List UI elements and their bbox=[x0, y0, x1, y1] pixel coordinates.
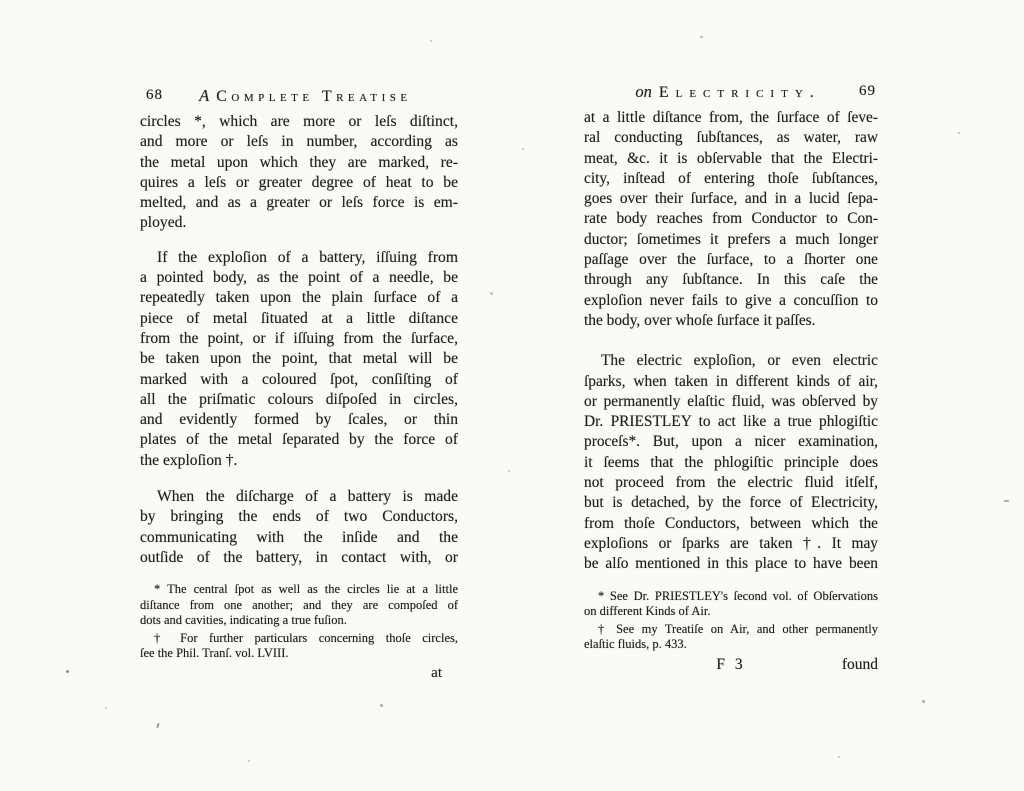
scan-speck bbox=[430, 40, 432, 42]
paragraph: If the exploſion of a battery, iſſuing f… bbox=[140, 248, 458, 471]
scan-speck bbox=[522, 148, 524, 150]
scan-speck bbox=[922, 700, 925, 703]
footnote-line: * See Dr. PRIESTLEY's ſecond vol. of Obſ… bbox=[584, 589, 878, 605]
catchword-right: found bbox=[842, 656, 878, 674]
text-line: be alſo mentioned in this place to have … bbox=[584, 554, 878, 574]
footnote: † See my Treatiſe on Air, and other perm… bbox=[584, 622, 878, 653]
text-line: quires a leſs or greater degree of heat … bbox=[140, 173, 458, 193]
text-line: ductor; ſometimes it prefers a much long… bbox=[584, 230, 878, 250]
scan-speck bbox=[380, 704, 383, 707]
text-line: piece of metal ſituated at a little diſt… bbox=[140, 309, 458, 329]
text-line: circles *, which are more or leſs diſtin… bbox=[140, 112, 458, 132]
book-scan: 68 AComplete Treatise circles *, which a… bbox=[0, 0, 1024, 791]
footnotes-right: * See Dr. PRIESTLEY's ſecond vol. of Obſ… bbox=[584, 589, 878, 653]
text-line: meat, &c. it is obſervable that the Elec… bbox=[584, 149, 878, 169]
text-line: not proceed from the electric fluid itſe… bbox=[584, 473, 878, 493]
scan-speck bbox=[248, 760, 250, 762]
text-line: repeatedly taken upon the plain ſurface … bbox=[140, 288, 458, 308]
text-line: by bringing the ends of two Conductors, bbox=[140, 507, 458, 527]
footnote-line: diſtance from one another; and they are … bbox=[140, 598, 458, 614]
scan-speck bbox=[958, 132, 960, 134]
text-line: exploſion never fails to give a concuſſi… bbox=[584, 291, 878, 311]
footnote-line: dots and cavities, indicating a true fuſ… bbox=[140, 613, 458, 629]
text-line: at a little diſtance from, the ſurface o… bbox=[584, 108, 878, 128]
scan-speck bbox=[838, 756, 840, 758]
text-line: paſſage over the ſurface, to a ſhorter o… bbox=[584, 250, 878, 270]
text-line: goes over their ſurface, and in a lucid … bbox=[584, 189, 878, 209]
scan-speck bbox=[66, 670, 69, 673]
text-line: all the priſmatic colours diſpoſed in ci… bbox=[140, 390, 458, 410]
running-title-left: AComplete Treatise bbox=[199, 86, 411, 106]
text-line: be taken upon the point, that metal will… bbox=[140, 349, 458, 369]
text-line: The electric exploſion, or even electric bbox=[584, 351, 878, 371]
scan-speck bbox=[156, 723, 160, 728]
text-line: through any ſubſtance. In this caſe the bbox=[584, 270, 878, 290]
scan-speck bbox=[700, 36, 703, 38]
text-line: marked with a coloured ſpot, conſiſting … bbox=[140, 370, 458, 390]
text-line: plates of the metal ſeparated by the for… bbox=[140, 430, 458, 450]
text-line: city, inſtead of entering thoſe ſubſtanc… bbox=[584, 169, 878, 189]
text-line: communicating with the inſide and the bbox=[140, 528, 458, 548]
signature-mark: F 3 bbox=[716, 656, 745, 674]
text-line: it ſeems that the phlogiſtic principle d… bbox=[584, 453, 878, 473]
running-header-right: onElectricity. 69 bbox=[584, 82, 878, 102]
footnote: * The central ſpot as well as the circle… bbox=[140, 582, 458, 629]
text-line: and evidently formed by ſcales, or thin bbox=[140, 410, 458, 430]
text-line: Dr. PRIESTLEY to act like a true phlogiſ… bbox=[584, 412, 878, 432]
text-line: ployed. bbox=[140, 213, 458, 233]
signature-row: F 3 found bbox=[584, 656, 878, 676]
paragraph: When the diſcharge of a battery is madeb… bbox=[140, 487, 458, 568]
text-line: but is detached, by the force of Electri… bbox=[584, 493, 878, 513]
text-line: ral conducting ſubſtances, as water, raw bbox=[584, 128, 878, 148]
paragraph: at a little diſtance from, the ſurface o… bbox=[584, 108, 878, 331]
footnote-line: elaſtic fluids, p. 433. bbox=[584, 637, 878, 653]
page-number-left: 68 bbox=[146, 87, 163, 104]
text-line: a pointed body, as the point of a needle… bbox=[140, 268, 458, 288]
text-line: outſide of the battery, in contact with,… bbox=[140, 548, 458, 568]
text-line: from thoſe Conductors, between which the bbox=[584, 514, 878, 534]
text-line: melted, and as a greater or leſs force i… bbox=[140, 193, 458, 213]
footnote-line: on different Kinds of Air. bbox=[584, 604, 878, 620]
paragraph: The electric exploſion, or even electric… bbox=[584, 351, 878, 574]
text-line: or permanently elaſtic fluid, was obſerv… bbox=[584, 392, 878, 412]
scan-speck bbox=[1004, 500, 1009, 502]
text-line: proceſs*. But, upon a nicer examination, bbox=[584, 432, 878, 452]
page-number-right: 69 bbox=[859, 83, 876, 100]
text-line: from the point, or if iſſuing from the ſ… bbox=[140, 329, 458, 349]
text-line: rate body reaches from Conductor to Con- bbox=[584, 209, 878, 229]
running-title-text-right: Electricity. bbox=[659, 84, 821, 101]
running-title-text-left: Complete Treatise bbox=[216, 88, 411, 105]
running-header-left: 68 AComplete Treatise bbox=[140, 86, 458, 106]
footnotes-left: * The central ſpot as well as the circle… bbox=[140, 582, 458, 662]
scan-speck bbox=[105, 707, 107, 709]
text-line: When the diſcharge of a battery is made bbox=[140, 487, 458, 507]
running-title-prefix-right: on bbox=[635, 82, 652, 101]
page-68: 68 AComplete Treatise circles *, which a… bbox=[140, 86, 458, 683]
text-line: ſparks, when taken in different kinds of… bbox=[584, 372, 878, 392]
footnote-line: † See my Treatiſe on Air, and other perm… bbox=[584, 622, 878, 638]
running-title-prefix-left: A bbox=[199, 86, 209, 105]
scan-speck bbox=[508, 470, 510, 472]
footnote-line: * The central ſpot as well as the circle… bbox=[140, 582, 458, 598]
catchword-left: at bbox=[431, 665, 442, 681]
footnote: † For further particulars concerning tho… bbox=[140, 631, 458, 662]
text-line: the body, over whoſe ſurface it paſſes. bbox=[584, 311, 878, 331]
text-line: the metal upon which they are marked, re… bbox=[140, 153, 458, 173]
footnote-line: ſee the Phil. Tranſ. vol. LVIII. bbox=[140, 646, 458, 662]
page-69: onElectricity. 69 at a little diſtance f… bbox=[584, 82, 878, 676]
paragraph: circles *, which are more or leſs diſtin… bbox=[140, 112, 458, 234]
footnote: * See Dr. PRIESTLEY's ſecond vol. of Obſ… bbox=[584, 589, 878, 620]
running-title-right: onElectricity. bbox=[635, 82, 820, 102]
text-line: and more or leſs in number, according as bbox=[140, 132, 458, 152]
text-line: exploſions or ſparks are taken †. It may bbox=[584, 534, 878, 554]
scan-speck bbox=[490, 292, 493, 295]
text-line: If the exploſion of a battery, iſſuing f… bbox=[140, 248, 458, 268]
footnote-line: † For further particulars concerning tho… bbox=[140, 631, 458, 647]
text-line: the exploſion †. bbox=[140, 451, 458, 471]
catchword-row-left: at bbox=[140, 665, 458, 683]
